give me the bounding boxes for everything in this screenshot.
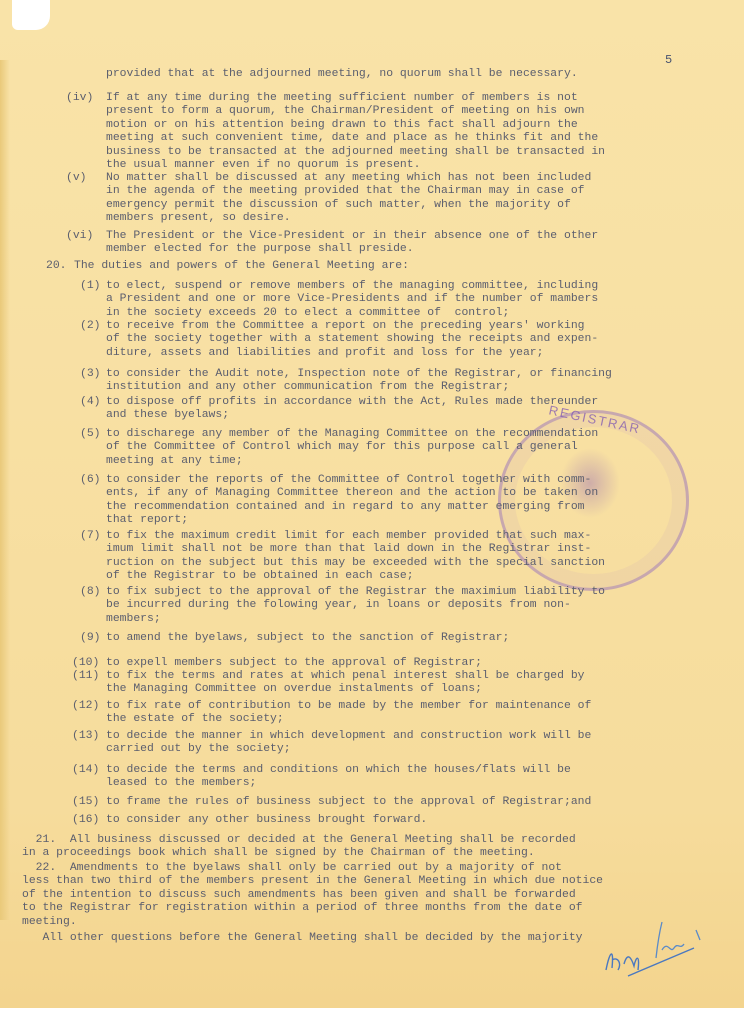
page-number: 5 <box>665 54 672 67</box>
paragraph-text: 21. All business discussed or decided at… <box>22 834 576 861</box>
paragraph-number: (11) <box>72 670 99 683</box>
signature-icon <box>598 920 708 980</box>
paragraph-number: (10) <box>72 657 99 670</box>
paragraph-text: If at any time during the meeting suffic… <box>106 92 605 172</box>
paragraph-number: (1) <box>80 280 101 293</box>
paragraph-text: to amend the byelaws, subject to the san… <box>106 632 509 645</box>
torn-corner <box>12 0 50 30</box>
paragraph-number: (13) <box>72 730 99 743</box>
paragraph-text: to consider the reports of the Committee… <box>106 474 598 528</box>
paragraph-number: (9) <box>80 632 101 645</box>
paragraph-text: to fix rate of contribution to be made b… <box>106 700 591 727</box>
paragraph-text: to fix the maximum credit limit for each… <box>106 530 605 584</box>
paragraph-text: to decide the terms and conditions on wh… <box>106 764 571 791</box>
paragraph-number: (4) <box>80 396 101 409</box>
paragraph-text: to consider the Audit note, Inspection n… <box>106 368 612 395</box>
page-fold-shadow <box>0 60 10 920</box>
paragraph-text: to fix the terms and rates at which pena… <box>106 670 585 697</box>
paragraph-number: (15) <box>72 796 99 809</box>
paragraph-number: (7) <box>80 530 101 543</box>
paragraph-text: No matter shall be discussed at any meet… <box>106 172 591 226</box>
paragraph-text: to consider any other business brought f… <box>106 814 427 827</box>
paragraph-number: (14) <box>72 764 99 777</box>
paragraph-text: All other questions before the General M… <box>22 932 583 945</box>
paragraph-text: to decide the manner in which developmen… <box>106 730 591 757</box>
paragraph-text: The duties and powers of the General Mee… <box>74 260 409 273</box>
paragraph-number: (6) <box>80 474 101 487</box>
paragraph-text: to receive from the Committee a report o… <box>106 320 598 360</box>
paragraph-number: (8) <box>80 586 101 599</box>
paragraph-text: to fix subject to the approval of the Re… <box>106 586 605 626</box>
paragraph-number: (v) <box>66 172 87 185</box>
paragraph-number: (iv) <box>66 92 93 105</box>
paragraph-text: to discharege any member of the Managing… <box>106 428 598 468</box>
paragraph-number: (2) <box>80 320 101 333</box>
paragraph-text: provided that at the adjourned meeting, … <box>106 68 578 81</box>
paragraph-number: (12) <box>72 700 99 713</box>
paragraph-number: (16) <box>72 814 99 827</box>
paragraph-text: to frame the rules of business subject t… <box>106 796 591 809</box>
paragraph-text: to dispose off profits in accordance wit… <box>106 396 598 423</box>
paragraph-text: 22. Amendments to the byelaws shall only… <box>22 862 603 929</box>
paragraph-number: (5) <box>80 428 101 441</box>
paragraph-text: The President or the Vice-President or i… <box>106 230 598 257</box>
paragraph-text: to elect, suspend or remove members of t… <box>106 280 598 320</box>
paragraph-number: (3) <box>80 368 101 381</box>
paragraph-number: 20. <box>46 260 67 273</box>
document-page: 5 REGISTRAR provided that at the adjourn… <box>0 0 744 1008</box>
paragraph-text: to expell members subject to the approva… <box>106 657 482 670</box>
paragraph-number: (vi) <box>66 230 93 243</box>
